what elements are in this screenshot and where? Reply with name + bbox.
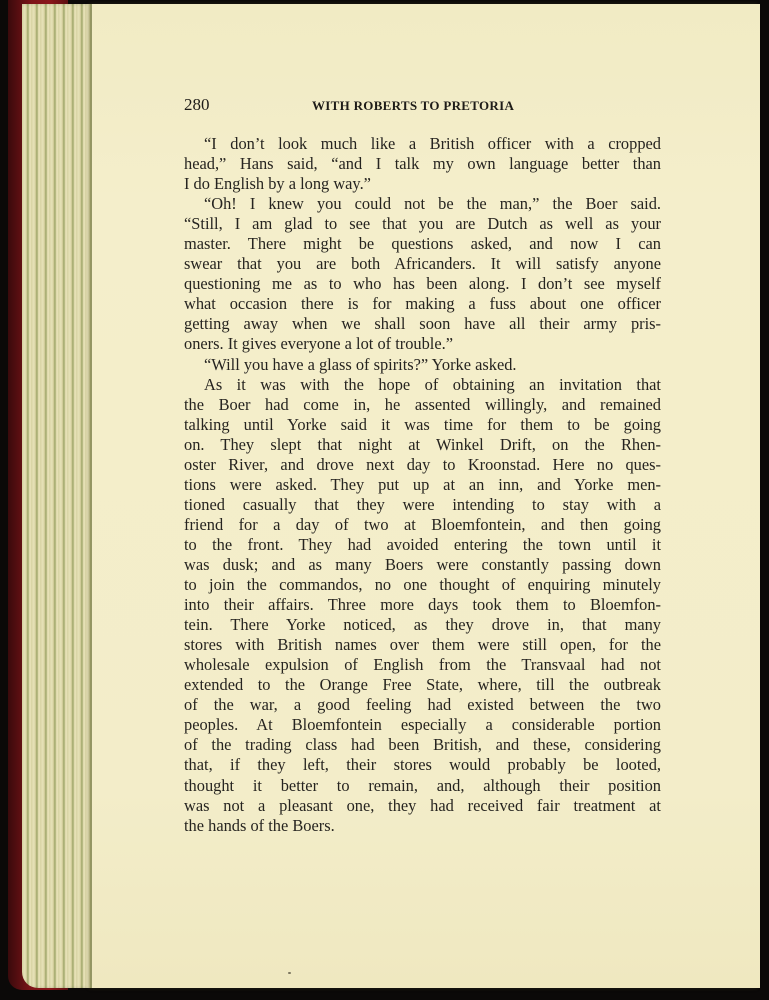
text-line: friend for a day of two at Bloemfontein,… <box>184 515 661 535</box>
text-line: extended to the Orange Free State, where… <box>184 675 661 695</box>
text-line: getting away when we shall soon have all… <box>184 314 661 334</box>
text-line: to the front. They had avoided entering … <box>184 535 661 555</box>
text-line: As it was with the hope of obtaining an … <box>184 375 661 395</box>
text-line: to join the commandos, no one thought of… <box>184 575 661 595</box>
running-head: WITH ROBERTS TO PRETORIA <box>312 98 514 114</box>
text-line: talking until Yorke said it was time for… <box>184 415 661 435</box>
text-line: tions were asked. They put up at an inn,… <box>184 475 661 495</box>
text-line: stores with British names over them were… <box>184 635 661 655</box>
text-line: master. There might be questions asked, … <box>184 234 661 254</box>
text-line: tioned casually that they were intending… <box>184 495 661 515</box>
text-line: “Will you have a glass of spirits?” York… <box>184 355 661 375</box>
text-line: the Boer had come in, he assented willin… <box>184 395 661 415</box>
page-edges <box>22 4 96 988</box>
text-line: oners. It gives everyone a lot of troubl… <box>184 334 661 354</box>
text-line: I do English by a long way.” <box>184 174 661 194</box>
text-line: wholesale expulsion of English from the … <box>184 655 661 675</box>
text-line: into their affairs. Three more days took… <box>184 595 661 615</box>
paragraph: “Will you have a glass of spirits?” York… <box>184 355 661 375</box>
page-header: 280 WITH ROBERTS TO PRETORIA <box>184 95 660 119</box>
text-line: what occasion there is for making a fuss… <box>184 294 661 314</box>
text-line: tein. There Yorke noticed, as they drove… <box>184 615 661 635</box>
text-line: “Oh! I knew you could not be the man,” t… <box>184 194 661 214</box>
page-number: 280 <box>184 95 210 115</box>
text-line: head,” Hans said, “and I talk my own lan… <box>184 154 661 174</box>
text-line: oster River, and drove next day to Kroon… <box>184 455 661 475</box>
text-line: that, if they left, their stores would p… <box>184 755 661 775</box>
paper-fleck <box>438 167 440 169</box>
text-line: was dusk; and as many Boers were constan… <box>184 555 661 575</box>
paragraph: As it was with the hope of obtaining an … <box>184 375 661 836</box>
text-line: on. They slept that night at Winkel Drif… <box>184 435 661 455</box>
text-line: “I don’t look much like a British office… <box>184 134 661 154</box>
paragraph: “Oh! I knew you could not be the man,” t… <box>184 194 661 354</box>
text-line: peoples. At Bloemfontein especially a co… <box>184 715 661 735</box>
paragraph: “I don’t look much like a British office… <box>184 134 661 194</box>
text-line: of the war, a good feeling had existed b… <box>184 695 661 715</box>
text-line: the hands of the Boers. <box>184 816 661 836</box>
paper-fleck <box>288 972 291 974</box>
text-line: swear that you are both Africanders. It … <box>184 254 661 274</box>
book-page: 280 WITH ROBERTS TO PRETORIA “I don’t lo… <box>92 4 760 988</box>
text-line: was not a pleasant one, they had receive… <box>184 796 661 816</box>
text-line: questioning me as to who has been along.… <box>184 274 661 294</box>
text-line: of the trading class had been British, a… <box>184 735 661 755</box>
body-text: “I don’t look much like a British office… <box>184 134 661 836</box>
text-line: thought it better to remain, and, althou… <box>184 776 661 796</box>
text-line: “Still, I am glad to see that you are Du… <box>184 214 661 234</box>
